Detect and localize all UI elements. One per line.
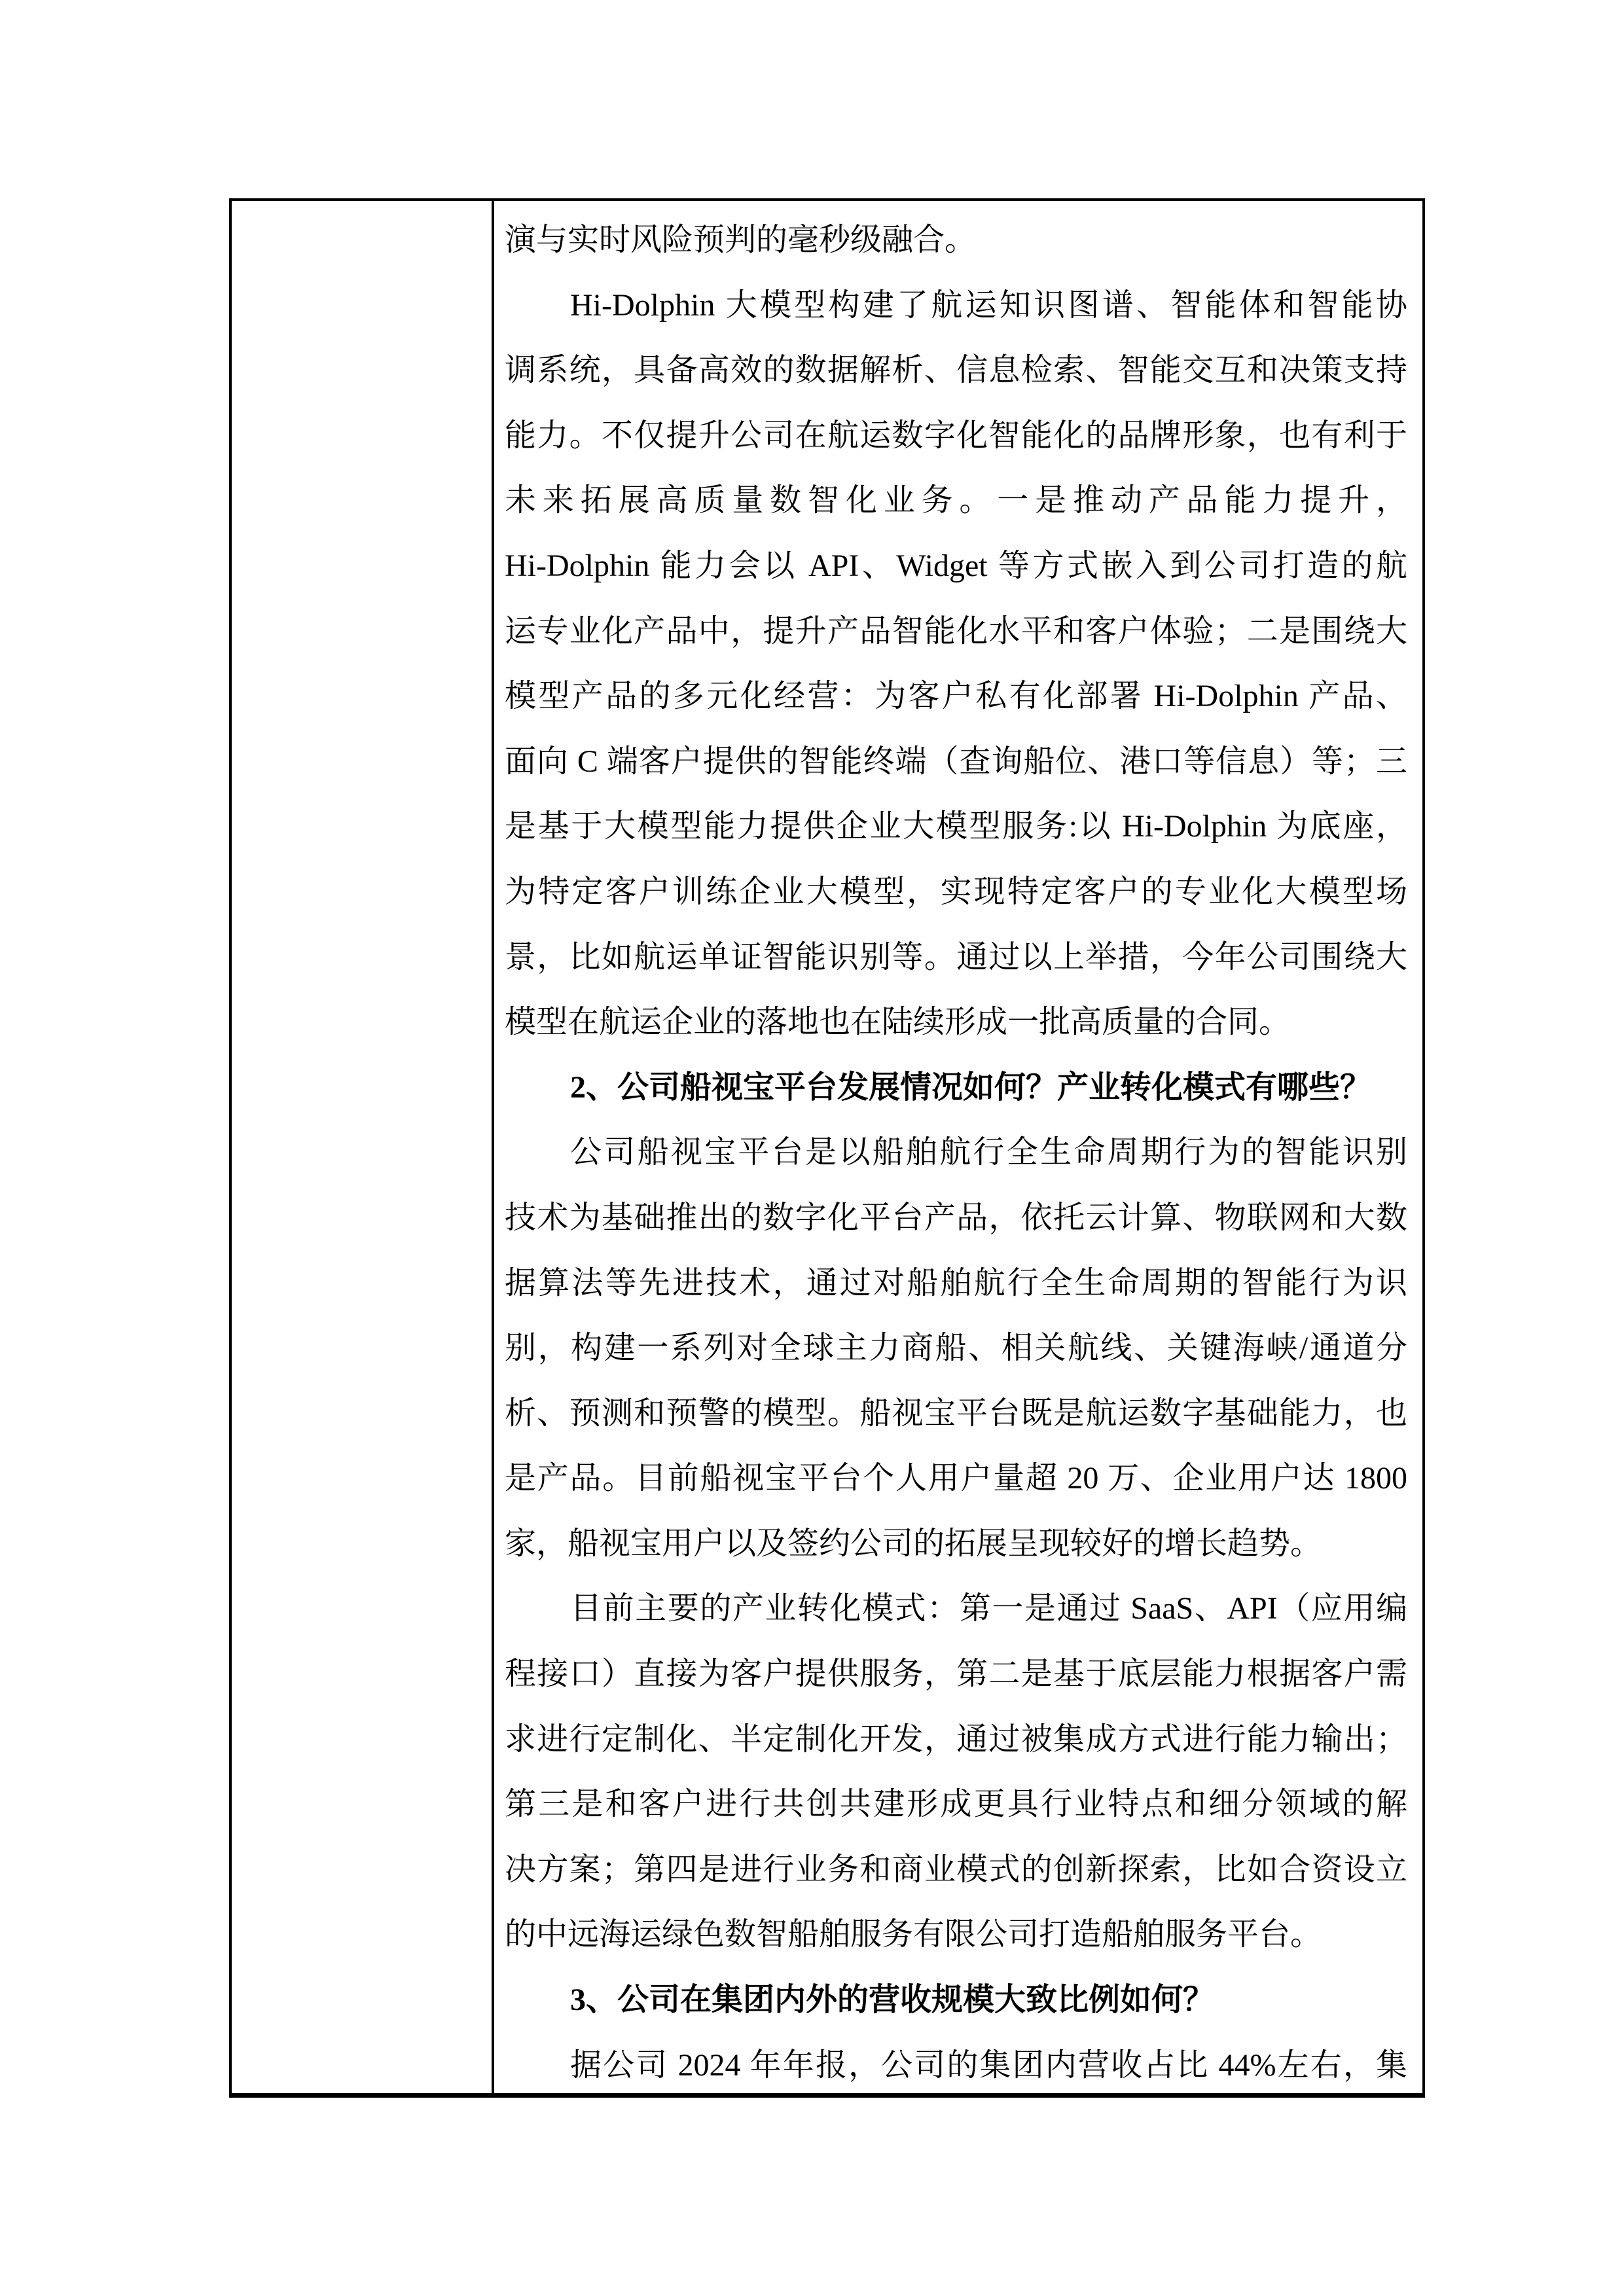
text-line: 别，构建一系列对全球主力商船、相关航线、关键海峡/通道分 — [505, 1316, 1407, 1381]
text-line: 面向 C 端客户提供的智能终端（查询船位、港口等信息）等；三 — [505, 729, 1407, 795]
text-line: 第三是和客户进行共创共建形成更具行业特点和细分领域的解 — [505, 1772, 1407, 1837]
text-line: 为特定客户训练企业大模型，实现特定客户的专业化大模型场 — [505, 859, 1407, 925]
text-line: 运专业化产品中，提升产品智能化水平和客户体验；二是围绕大 — [505, 599, 1407, 664]
text-line: 家，船视宝用户以及签约公司的拓展呈现较好的增长趋势。 — [505, 1511, 1407, 1577]
text-line: 未来拓展高质量数智化业务。一是推动产品能力提升， — [505, 468, 1407, 533]
text-line: 技术为基础推出的数字化平台产品，依托云计算、物联网和大数 — [505, 1185, 1407, 1251]
text-line: 求进行定制化、半定制化开发，通过被集成方式进行能力输出； — [505, 1707, 1407, 1772]
text-line: Hi-Dolphin 大模型构建了航运知识图谱、智能体和智能协 — [505, 273, 1407, 338]
table-cell-left — [232, 201, 494, 2093]
question-heading-line: 2、公司船视宝平台发展情况如何？产业转化模式有哪些？ — [505, 1055, 1407, 1121]
text-line: 析、预测和预警的模型。船视宝平台既是航运数字基础能力，也 — [505, 1381, 1407, 1446]
text-line: Hi-Dolphin 能力会以 API、Widget 等方式嵌入到公司打造的航 — [505, 533, 1407, 599]
text-line: 模型产品的多元化经营：为客户私有化部署 Hi-Dolphin 产品、 — [505, 664, 1407, 729]
text-line: 程接口）直接为客户提供服务，第二是基于底层能力根据客户需 — [505, 1641, 1407, 1707]
text-line: 的中远海运绿色数智船舶服务有限公司打造船舶服务平台。 — [505, 1902, 1407, 1967]
document-page: 演与实时风险预判的毫秒级融合。Hi-Dolphin 大模型构建了航运知识图谱、智… — [0, 0, 1624, 2296]
text-line: 模型在航运企业的落地也在陆续形成一批高质量的合同。 — [505, 990, 1407, 1055]
text-line: 是基于大模型能力提供企业大模型服务:以 Hi-Dolphin 为底座， — [505, 794, 1407, 859]
text-line: 景，比如航运单证智能识别等。通过以上举措，今年公司围绕大 — [505, 925, 1407, 990]
text-line: 据算法等先进技术，通过对船舶航行全生命周期的智能行为识 — [505, 1251, 1407, 1316]
qa-table: 演与实时风险预判的毫秒级融合。Hi-Dolphin 大模型构建了航运知识图谱、智… — [229, 198, 1425, 2098]
text-line: 公司船视宝平台是以船舶航行全生命周期行为的智能识别 — [505, 1120, 1407, 1185]
question-heading-line: 3、公司在集团内外的营收规模大致比例如何？ — [505, 1967, 1407, 2033]
text-line: 目前主要的产业转化模式：第一是通过 SaaS、API（应用编 — [505, 1576, 1407, 1641]
text-line: 演与实时风险预判的毫秒级融合。 — [505, 207, 1407, 273]
text-line: 能力。不仅提升公司在航运数字化智能化的品牌形象，也有利于 — [505, 403, 1407, 469]
text-line: 据公司 2024 年年报，公司的集团内营收占比 44%左右，集 — [505, 2033, 1407, 2093]
text-line: 决方案；第四是进行业务和商业模式的创新探索，比如合资设立 — [505, 1837, 1407, 1903]
text-line: 调系统，具备高效的数据解析、信息检索、智能交互和决策支持 — [505, 338, 1407, 403]
table-cell-right: 演与实时风险预判的毫秒级融合。Hi-Dolphin 大模型构建了航运知识图谱、智… — [494, 201, 1422, 2093]
text-line: 是产品。目前船视宝平台个人用户量超 20 万、企业用户达 1800 — [505, 1446, 1407, 1511]
